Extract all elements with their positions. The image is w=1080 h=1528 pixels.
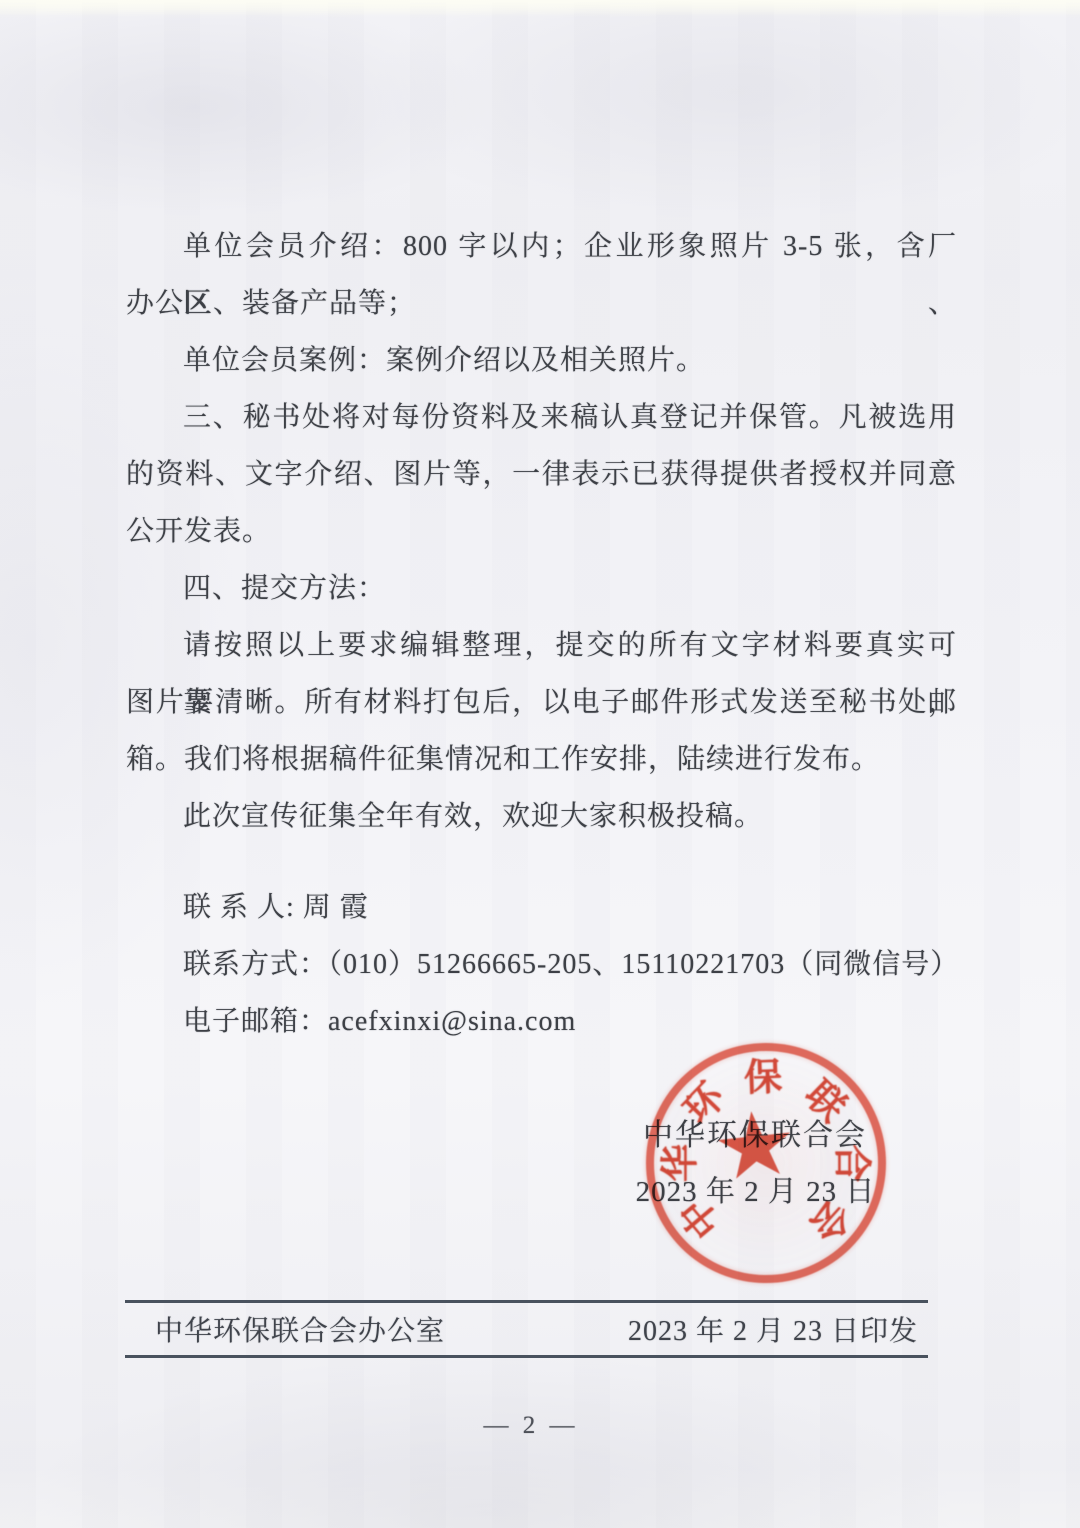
contact-person: 联 系 人: 周 霞 [126, 879, 957, 936]
body-line: 请按照以上要求编辑整理，提交的所有文字材料要真实可靠， [126, 617, 957, 674]
footer-issue-date: 2023 年 2 月 23 日印发 [628, 1309, 918, 1349]
contact-block: 联 系 人: 周 霞 联系方式：（010）51266665-205、151102… [126, 879, 957, 1050]
contact-phone: 联系方式：（010）51266665-205、15110221703（同微信号） [126, 936, 957, 993]
seal-ring-char: 华 [662, 1144, 700, 1182]
body-line: 的资料、文字介绍、图片等，一律表示已获得提供者授权并同意 [126, 446, 957, 503]
document-body: 单位会员介绍：800 字以内；企业形象照片 3-5 张，含厂区、 办公区、装备产… [126, 218, 957, 845]
body-line: 单位会员介绍：800 字以内；企业形象照片 3-5 张，含厂区、 [126, 218, 957, 275]
document-page: 单位会员介绍：800 字以内；企业形象照片 3-5 张，含厂区、 办公区、装备产… [0, 0, 1080, 1528]
body-line: 单位会员案例：案例介绍以及相关照片。 [126, 332, 957, 389]
footer-issuer: 中华环保联合会办公室 [155, 1309, 445, 1349]
body-line: 三、秘书处将对每份资料及来稿认真登记并保管。凡被选用 [126, 389, 957, 446]
body-line: 公开发表。 [126, 503, 957, 560]
body-line: 箱。我们将根据稿件征集情况和工作安排，陆续进行发布。 [126, 731, 957, 788]
contact-email: 电子邮箱：acefxinxi@sina.com [126, 993, 957, 1050]
seal-ring-char: 合 [832, 1144, 870, 1182]
document-footer: 中华环保联合会办公室 2023 年 2 月 23 日印发 [125, 1300, 928, 1358]
body-line: 此次宣传征集全年有效，欢迎大家积极投稿。 [126, 788, 957, 845]
body-line: 四、提交方法： [126, 560, 957, 617]
seal-ring-char: 保 [743, 1058, 782, 1097]
official-seal: 中 华 环 保 联 合 会 [646, 1043, 886, 1283]
body-line: 图片要清晰。所有材料打包后，以电子邮件形式发送至秘书处邮 [126, 674, 957, 731]
page-number: — 2 — [0, 1412, 1071, 1440]
